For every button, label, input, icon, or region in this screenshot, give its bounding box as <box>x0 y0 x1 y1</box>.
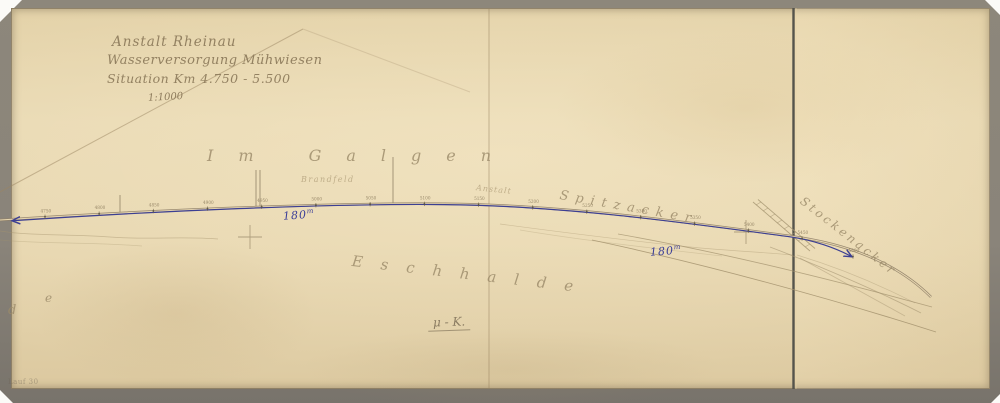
paper-creases <box>0 9 489 388</box>
station-point <box>315 204 317 206</box>
station-point <box>852 256 854 258</box>
sheet-seam <box>794 8 797 389</box>
boundary-lines <box>592 200 936 333</box>
station-km-label: 4900 <box>203 200 214 205</box>
station-km-label: 5300 <box>636 209 647 214</box>
station-km-label: 5000 <box>311 197 322 202</box>
station-point <box>586 211 588 213</box>
terrain-lines <box>0 224 915 303</box>
map-drawing: 4750480048504900495050005050510051505200… <box>0 0 1000 403</box>
station-point <box>152 210 154 212</box>
station-km-label: 5050 <box>366 196 377 201</box>
station-km-label: 5200 <box>528 199 539 204</box>
station-km-label: 5400 <box>744 222 755 227</box>
station-point <box>207 208 209 210</box>
station-point <box>694 223 696 225</box>
station-km-label: 4750 <box>41 208 52 213</box>
station-point <box>640 216 642 218</box>
station-km-label: 5150 <box>474 196 485 201</box>
station-km-label: 4950 <box>257 198 268 203</box>
pipeline-pencil-line <box>0 204 931 297</box>
station-point <box>44 216 46 218</box>
survey-crosses <box>238 220 758 249</box>
station-point <box>369 203 371 205</box>
station-km-label: 5450 <box>798 230 809 235</box>
station-km-label: 4800 <box>95 205 106 210</box>
station-km-label: 5350 <box>690 215 701 220</box>
station-km-label: 5500 <box>849 248 860 253</box>
station-point <box>98 213 100 215</box>
station-point <box>532 207 534 209</box>
station-point <box>478 204 480 206</box>
station-km-label: 5250 <box>582 203 593 208</box>
station-point <box>747 230 749 232</box>
station-point <box>801 238 803 240</box>
station-km-label: 4850 <box>149 203 160 208</box>
station-point <box>423 203 425 205</box>
scanned-plan-sheet: 4750480048504900495050005050510051505200… <box>0 0 1000 403</box>
station-km-label: 5100 <box>420 195 431 200</box>
station-point <box>261 206 263 208</box>
